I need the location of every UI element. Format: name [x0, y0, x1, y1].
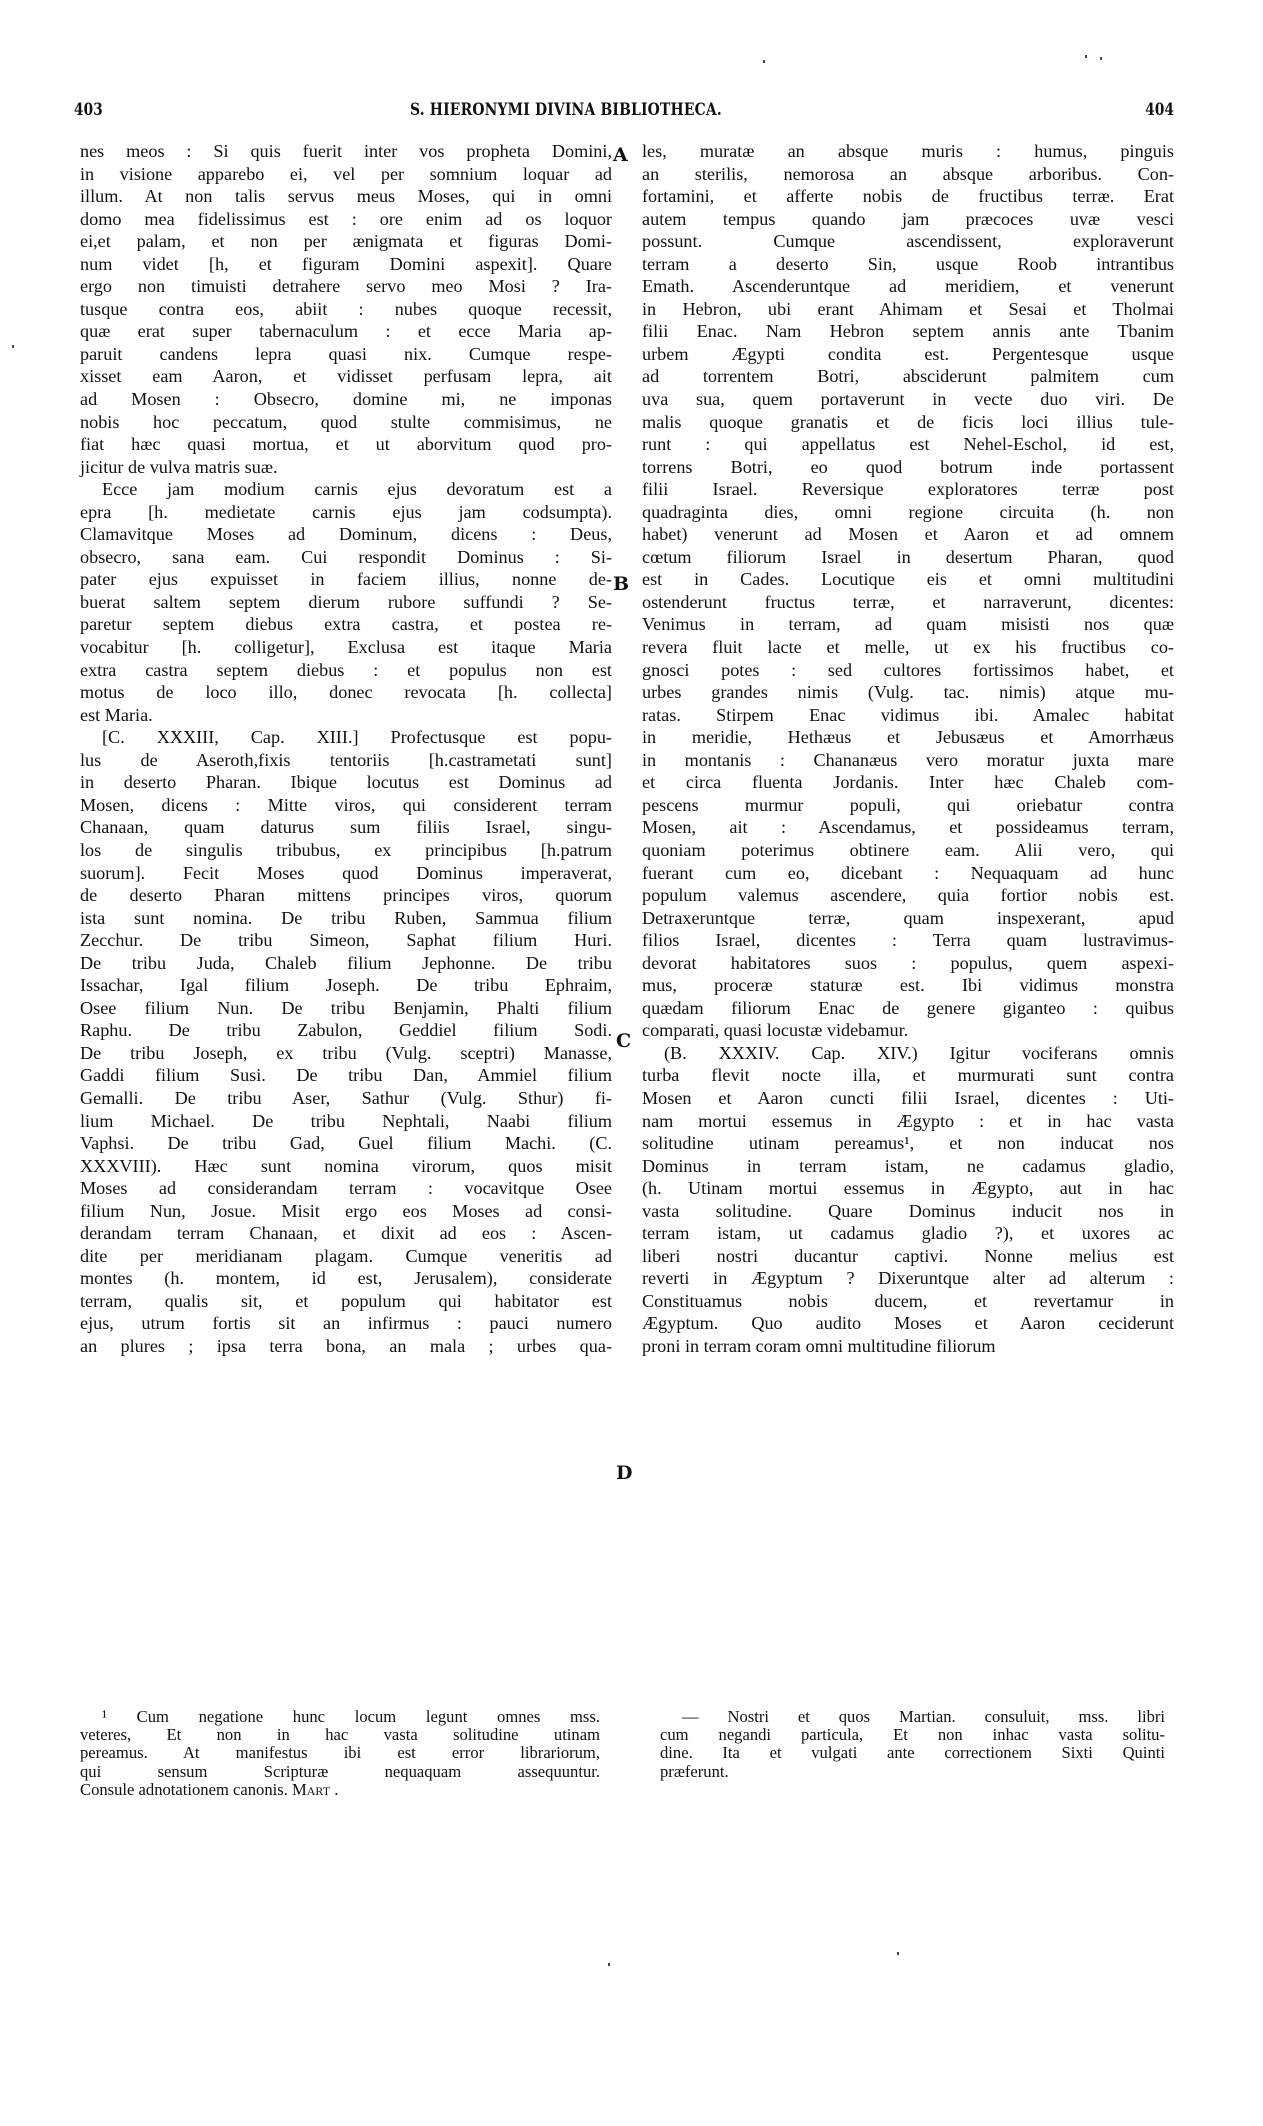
- text-line: Zecchur. De tribu Simeon, Saphat filium …: [80, 929, 612, 952]
- text-line: malis quoque granatis et de ficis loci i…: [642, 411, 1174, 434]
- text-line: et circa fluenta Jordanis. Inter hæc Cha…: [642, 771, 1174, 794]
- text-line: Mosen, ait : Ascendamus, et possideamus …: [642, 816, 1174, 839]
- text-line: de deserto Pharan mittens principes viro…: [80, 884, 612, 907]
- text-line: nam mortui essemus in Ægypto : et in hac…: [642, 1110, 1174, 1133]
- text-line: mus, proceræ staturæ est. Ibi vidimus mo…: [642, 974, 1174, 997]
- text-line: montes (h. montem, id est, Jerusalem), c…: [80, 1267, 612, 1290]
- text-line: ei,et palam, et non per ænigmata et figu…: [80, 230, 612, 253]
- footnote-line: — Nostri et quos Martian. consuluit, mss…: [660, 1708, 1165, 1726]
- text-line: torrens Botri, eo quod botrum inde porta…: [642, 456, 1174, 479]
- text-line: proni in terram coram omni multitudine f…: [642, 1335, 1174, 1358]
- text-line: Osee filium Nun. De tribu Benjamin, Phal…: [80, 997, 612, 1020]
- page-header: 403 S. HIERONYMI DIVINA BIBLIOTHECA. 404: [74, 100, 1174, 126]
- footnote-line: pereamus. At manifestus ibi est error li…: [80, 1744, 600, 1762]
- text-line: derandam terram Chanaan, et dixit ad eos…: [80, 1222, 612, 1245]
- text-line: les, muratæ an absque muris : humus, pin…: [642, 140, 1174, 163]
- text-line: filii Israel. Reversique exploratores te…: [642, 478, 1174, 501]
- text-line: Vaphsi. De tribu Gad, Guel filium Machi.…: [80, 1132, 612, 1155]
- text-line: illum. At non talis servus meus Moses, q…: [80, 185, 612, 208]
- page-number-right: 404: [1145, 100, 1174, 120]
- running-title: S. HIERONYMI DIVINA BIBLIOTHECA.: [410, 100, 722, 120]
- text-line: Gemalli. De tribu Aser, Sathur (Vulg. St…: [80, 1087, 612, 1110]
- text-line: est in Cades. Locutique eis et omni mult…: [642, 568, 1174, 591]
- text-line: quadraginta dies, omni regione circuita …: [642, 501, 1174, 524]
- text-line: gnosci potes : sed cultores fortissimos …: [642, 659, 1174, 682]
- footnote-line: Consule adnotationem canonis. Mart .: [80, 1781, 600, 1799]
- text-line: quædam filiorum Enac de genere giganteo …: [642, 997, 1174, 1020]
- text-line: filium Nun, Josue. Misit ergo eos Moses …: [80, 1200, 612, 1223]
- text-line: Moses ad considerandam terram : vocavitq…: [80, 1177, 612, 1200]
- left-column: nes meos : Si quis fuerit inter vos prop…: [80, 140, 612, 1358]
- text-line: paruit candens lepra quasi nix. Cumque r…: [80, 343, 612, 366]
- text-line: fortamini, et afferte nobis de fructibus…: [642, 185, 1174, 208]
- text-line: ostenderunt fructus terræ, et narraverun…: [642, 591, 1174, 614]
- margin-marker-c: C: [616, 1030, 631, 1052]
- text-line: (B. XXXIV. Cap. XIV.) Igitur vociferans …: [642, 1042, 1174, 1065]
- text-line: domo mea fidelissimus est : ore enim ad …: [80, 208, 612, 231]
- text-line: possunt. Cumque ascendissent, exploraver…: [642, 230, 1174, 253]
- text-line: vocabitur [h. colligetur], Exclusa est i…: [80, 636, 612, 659]
- text-line: filios Israel, dicentes : Terra quam lus…: [642, 929, 1174, 952]
- text-line: num videt [h, et figuram Domini aspexit]…: [80, 253, 612, 276]
- text-line: Gaddi filium Susi. De tribu Dan, Ammiel …: [80, 1064, 612, 1087]
- text-line: terram, qualis sit, et populum qui habit…: [80, 1290, 612, 1313]
- text-line: los de singulis tribubus, ex principibus…: [80, 839, 612, 862]
- text-line: obsecro, sana eam. Cui respondit Dominus…: [80, 546, 612, 569]
- text-line: paretur septem diebus extra castra, et p…: [80, 613, 612, 636]
- text-line: XXXVIII). Hæc sunt nomina virorum, quos …: [80, 1155, 612, 1178]
- text-line: fiat hæc quasi mortua, et ut aborvitum q…: [80, 433, 612, 456]
- footnote-line: dine. Ita et vulgati ante correctionem S…: [660, 1744, 1165, 1762]
- text-line: Dominus in terram istam, ne cadamus glad…: [642, 1155, 1174, 1178]
- text-line: Issachar, Igal filium Joseph. De tribu E…: [80, 974, 612, 997]
- text-line: ratas. Stirpem Enac vidimus ibi. Amalec …: [642, 704, 1174, 727]
- text-line: tusque contra eos, abiit : nubes quoque …: [80, 298, 612, 321]
- text-line: urbes grandes nimis (Vulg. tac. nimis) a…: [642, 681, 1174, 704]
- text-line: Ecce jam modium carnis ejus devoratum es…: [80, 478, 612, 501]
- margin-marker-b: B: [613, 573, 629, 595]
- margin-marker-d: D: [616, 1462, 632, 1484]
- text-line: filii Enac. Nam Hebron septem annis ante…: [642, 320, 1174, 343]
- text-line: nes meos : Si quis fuerit inter vos prop…: [80, 140, 612, 163]
- text-line: in meridie, Hethæus et Jebusæus et Amorr…: [642, 726, 1174, 749]
- text-line: turba flevit nocte illa, et murmurati su…: [642, 1064, 1174, 1087]
- footnote-left: ¹ Cum negatione hunc locum legunt omnes …: [80, 1708, 600, 1799]
- text-line: Raphu. De tribu Zabulon, Geddiel filium …: [80, 1019, 612, 1042]
- footnote-line: præferunt.: [660, 1763, 1165, 1781]
- text-line: [C. XXXIII, Cap. XIII.] Profectusque est…: [80, 726, 612, 749]
- text-line: ista sunt nomina. De tribu Ruben, Sammua…: [80, 907, 612, 930]
- text-line: populum valemus ascendere, quia fortior …: [642, 884, 1174, 907]
- text-line: est Maria.: [80, 704, 612, 727]
- text-line: (h. Utinam mortui essemus in Ægypto, aut…: [642, 1177, 1174, 1200]
- text-line: Mosen et Aaron cuncti filii Israel, dice…: [642, 1087, 1174, 1110]
- text-line: an plures ; ipsa terra bona, an mala ; u…: [80, 1335, 612, 1358]
- footnote-line: veteres, Et non in hac vasta solitudine …: [80, 1726, 600, 1744]
- text-line: Chanaan, quam daturus sum filiis Israel,…: [80, 816, 612, 839]
- text-line: reverti in Ægyptum ? Dixeruntque alter a…: [642, 1267, 1174, 1290]
- text-line: jicitur de vulva matris suæ.: [80, 456, 612, 479]
- text-line: lium Michael. De tribu Nephtali, Naabi f…: [80, 1110, 612, 1133]
- text-line: ejus, utrum fortis sit an infirmus : pau…: [80, 1312, 612, 1335]
- text-line: lus de Aseroth,fixis tentoriis [h.castra…: [80, 749, 612, 772]
- footnote-marker: ¹: [102, 1707, 137, 1726]
- footnote-line: cum negandi particula, Et non inhac vast…: [660, 1726, 1165, 1744]
- text-line: Emath. Ascenderuntque ad meridiem, et ve…: [642, 275, 1174, 298]
- footnote-right: — Nostri et quos Martian. consuluit, mss…: [660, 1708, 1165, 1781]
- text-line: suorum]. Fecit Moses quod Dominus impera…: [80, 862, 612, 885]
- text-line: Constituamus nobis ducem, et revertamur …: [642, 1290, 1174, 1313]
- text-line: liberi nostri ducantur captivi. Nonne me…: [642, 1245, 1174, 1268]
- text-line: an sterilis, nemorosa an absque arboribu…: [642, 163, 1174, 186]
- text-line: fuerant cum eo, dicebant : Nequaquam ad …: [642, 862, 1174, 885]
- text-line: motus de loco illo, donec revocata [h. c…: [80, 681, 612, 704]
- text-line: urbem Ægypti condita est. Pergentesque u…: [642, 343, 1174, 366]
- text-line: uva sua, quem portaverunt in vecte duo v…: [642, 388, 1174, 411]
- text-line: vasta solitudine. Quare Dominus inducit …: [642, 1200, 1174, 1223]
- text-line: epra [h. medietate carnis ejus jam codsu…: [80, 501, 612, 524]
- text-line: ergo non timuisti detrahere servo meo Mo…: [80, 275, 612, 298]
- text-line: quoniam poterimus obtinere eam. Alii ver…: [642, 839, 1174, 862]
- text-line: De tribu Joseph, ex tribu (Vulg. sceptri…: [80, 1042, 612, 1065]
- text-line: xisset eam Aaron, et vidisset perfusam l…: [80, 365, 612, 388]
- text-line: terram a deserto Sin, usque Roob intrant…: [642, 253, 1174, 276]
- text-line: comparati, quasi locustæ videbamur.: [642, 1019, 1174, 1042]
- text-line: Mosen, dicens : Mitte viros, qui conside…: [80, 794, 612, 817]
- text-line: revera fluit lacte et melle, ut ex his f…: [642, 636, 1174, 659]
- text-line: ad Mosen : Obsecro, domine mi, ne impona…: [80, 388, 612, 411]
- text-line: Detraxeruntque terræ, quam inspexerant, …: [642, 907, 1174, 930]
- footnote-line: ¹ Cum negatione hunc locum legunt omnes …: [80, 1708, 600, 1726]
- text-line: pescens murmur populi, qui oriebatur con…: [642, 794, 1174, 817]
- text-line: in deserto Pharan. Ibique locutus est Do…: [80, 771, 612, 794]
- footnote-line: qui sensum Scripturæ nequaquam assequunt…: [80, 1763, 600, 1781]
- text-line: Clamavitque Moses ad Dominum, dicens : D…: [80, 523, 612, 546]
- text-line: quæ erat super tabernaculum : et ecce Ma…: [80, 320, 612, 343]
- text-line: in Hebron, ubi erant Ahimam et Sesai et …: [642, 298, 1174, 321]
- page-number-left: 403: [74, 100, 103, 120]
- text-line: pater ejus expuisset in faciem illius, n…: [80, 568, 612, 591]
- text-line: devorat habitatores suos : populus, quem…: [642, 952, 1174, 975]
- text-line: terram istam, ut cadamus gladio ?), et u…: [642, 1222, 1174, 1245]
- text-line: dite per meridianam plagam. Cumque vener…: [80, 1245, 612, 1268]
- text-line: ad torrentem Botri, absciderunt palmitem…: [642, 365, 1174, 388]
- margin-marker-a: A: [613, 144, 628, 166]
- text-line: Ægyptum. Quo audito Moses et Aaron cecid…: [642, 1312, 1174, 1335]
- text-line: runt : qui appellatus est Nehel-Eschol, …: [642, 433, 1174, 456]
- text-line: buerat saltem septem dierum rubore suffu…: [80, 591, 612, 614]
- text-line: habet) venerunt ad Mosen et Aaron et ad …: [642, 523, 1174, 546]
- text-line: Venimus in terram, ad quam misisti nos q…: [642, 613, 1174, 636]
- text-line: nobis hoc peccatum, quod stulte commisim…: [80, 411, 612, 434]
- text-line: cœtum filiorum Israel in desertum Pharan…: [642, 546, 1174, 569]
- right-column: les, muratæ an absque muris : humus, pin…: [642, 140, 1174, 1358]
- text-line: autem tempus quando jam præcoces uvæ ves…: [642, 208, 1174, 231]
- text-line: extra castra septem diebus : et populus …: [80, 659, 612, 682]
- text-line: in montanis : Chananæus vero moratur jux…: [642, 749, 1174, 772]
- footnote-signature: Mart: [292, 1780, 330, 1799]
- text-line: De tribu Juda, Chaleb filium Jephonne. D…: [80, 952, 612, 975]
- text-line: solitudine utinam pereamus¹, et non indu…: [642, 1132, 1174, 1155]
- text-line: in visione apparebo ei, vel per somnium …: [80, 163, 612, 186]
